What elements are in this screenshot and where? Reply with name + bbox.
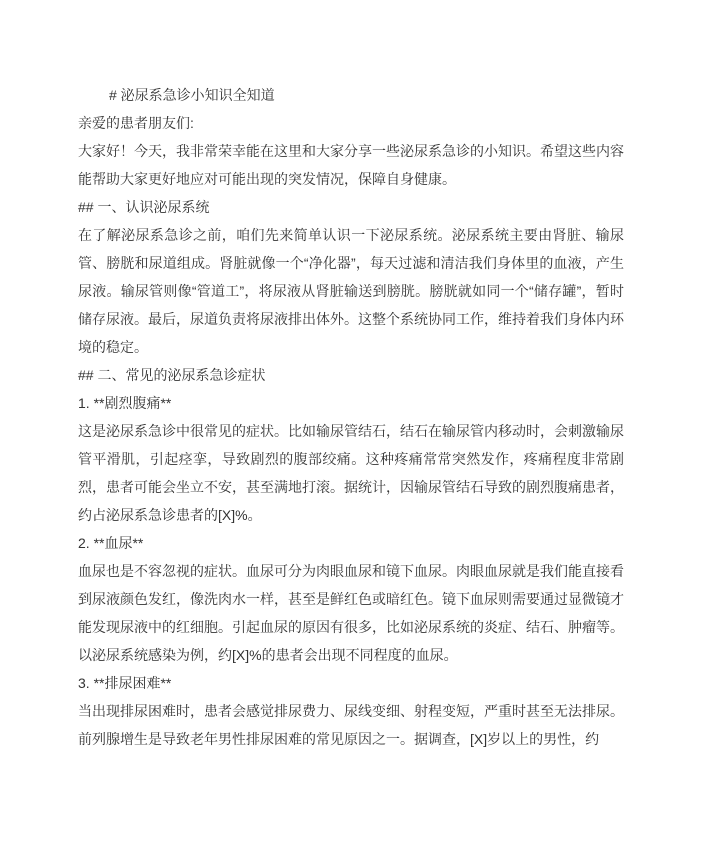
intro-paragraph: 大家好！今天，我非常荣幸能在这里和大家分享一些泌尿系急诊的小知识。希望这些内容能… (78, 137, 624, 193)
symptom-3-heading: 3. **排尿困难** (78, 669, 624, 697)
section-2-heading: ## 二、常见的泌尿系急诊症状 (78, 361, 624, 389)
symptom-1-heading: 1. **剧烈腹痛** (78, 389, 624, 417)
document-page: # 泌尿系急诊小知识全知道 亲爱的患者朋友们: 大家好！今天，我非常荣幸能在这里… (0, 0, 708, 841)
symptom-3-body: 当出现排尿困难时，患者会感觉排尿费力、尿线变细、射程变短，严重时甚至无法排尿。前… (78, 697, 624, 753)
symptom-2-heading: 2. **血尿** (78, 529, 624, 557)
section-1-body: 在了解泌尿系急诊之前，咱们先来简单认识一下泌尿系统。泌尿系统主要由肾脏、输尿管、… (78, 221, 624, 361)
doc-title-line: # 泌尿系急诊小知识全知道 (78, 81, 624, 109)
document-body: # 泌尿系急诊小知识全知道 亲爱的患者朋友们: 大家好！今天，我非常荣幸能在这里… (78, 81, 624, 753)
symptom-1-body: 这是泌尿系急诊中很常见的症状。比如输尿管结石，结石在输尿管内移动时，会刺激输尿管… (78, 417, 624, 529)
salutation-line: 亲爱的患者朋友们: (78, 109, 624, 137)
symptom-2-body: 血尿也是不容忽视的症状。血尿可分为肉眼血尿和镜下血尿。肉眼血尿就是我们能直接看到… (78, 557, 624, 669)
section-1-heading: ## 一、认识泌尿系统 (78, 193, 624, 221)
